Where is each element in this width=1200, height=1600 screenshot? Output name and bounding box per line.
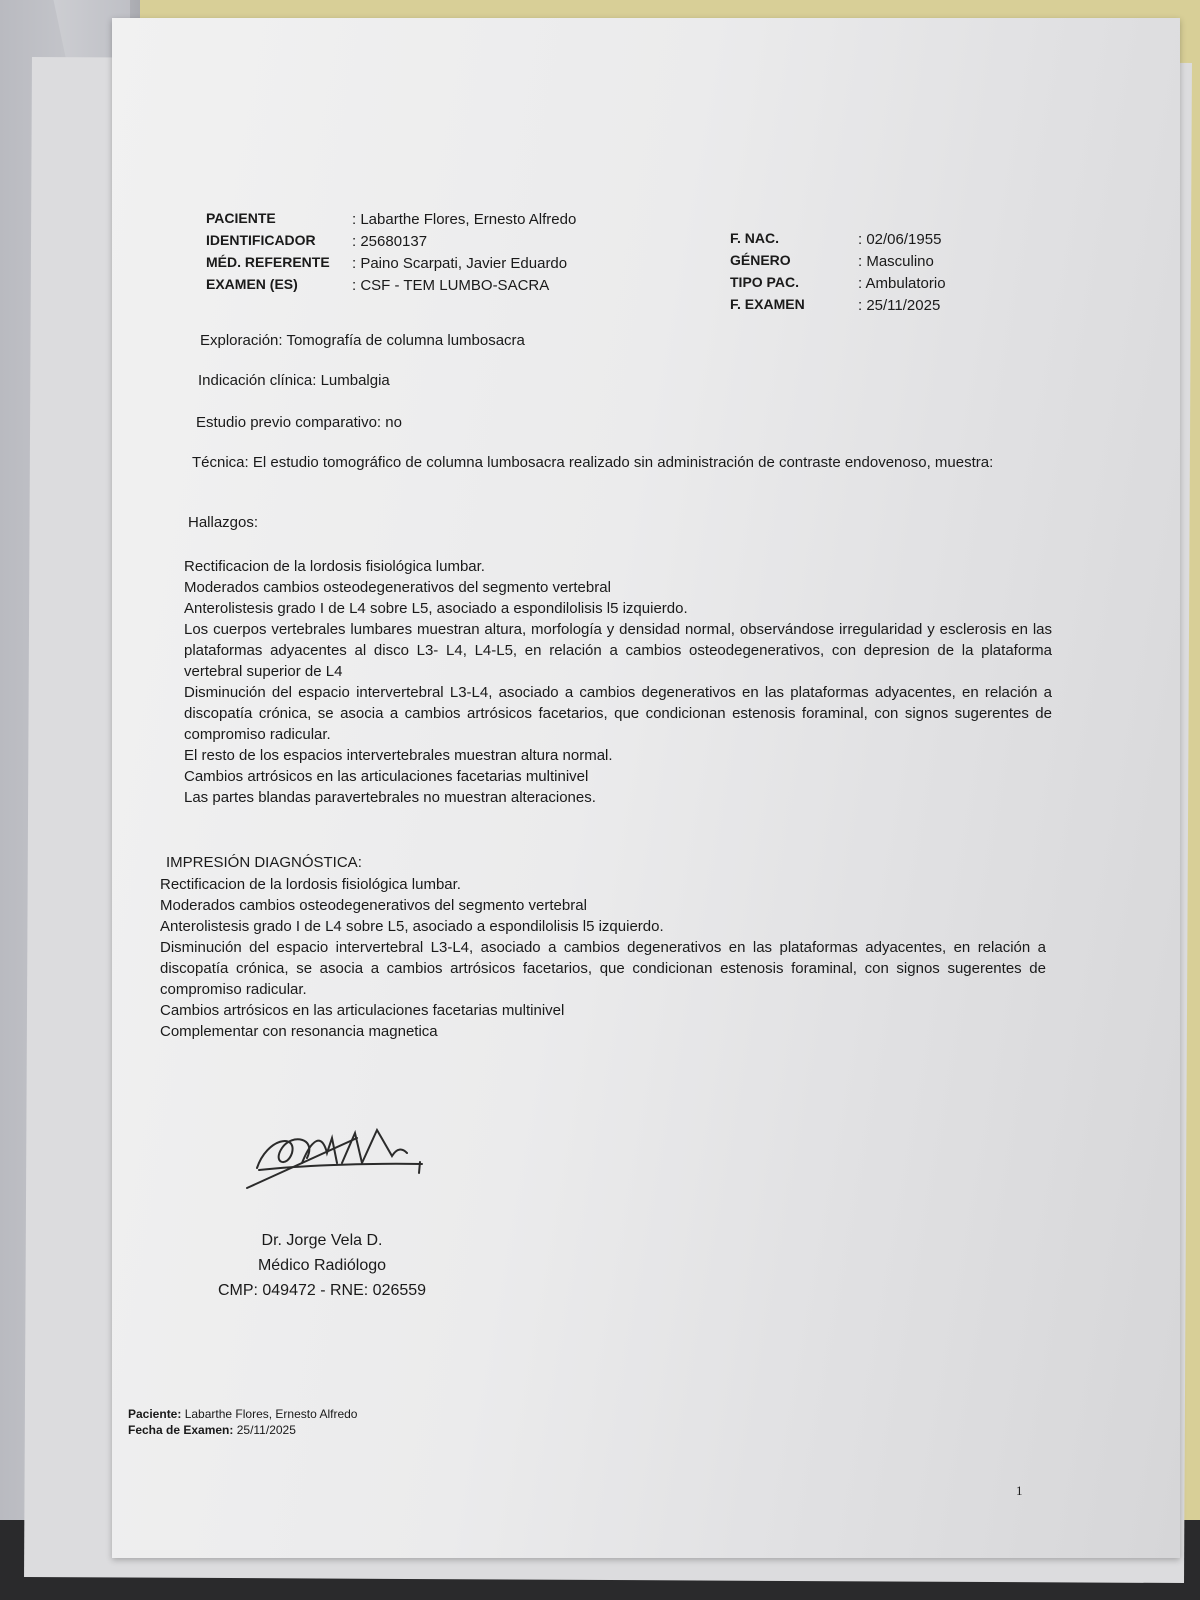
technique-paragraph: Técnica: El estudio tomográfico de colum…	[192, 452, 1054, 473]
patient-header-left: PACIENTE : Labarthe Flores, Ernesto Alfr…	[206, 208, 576, 296]
header-label: F. EXAMEN	[730, 295, 858, 315]
diagnostic-impression-title: IMPRESIÓN DIAGNÓSTICA:	[166, 852, 362, 873]
footer-patient-row: Paciente: Labarthe Flores, Ernesto Alfre…	[128, 1406, 357, 1422]
header-row-identifier: IDENTIFICADOR : 25680137	[206, 230, 576, 252]
header-row-exam-date: F. EXAMEN : 25/11/2025	[730, 294, 946, 316]
footer-date-value: 25/11/2025	[237, 1423, 296, 1437]
header-value: : 25/11/2025	[858, 295, 940, 316]
impression-item: Moderados cambios osteodegenerativos del…	[160, 895, 1046, 916]
report-page: PACIENTE : Labarthe Flores, Ernesto Alfr…	[112, 18, 1180, 1558]
impression-item: Cambios artrósicos en las articulaciones…	[160, 1000, 1046, 1021]
signing-physician: Dr. Jorge Vela D. Médico Radiólogo CMP: …	[207, 1228, 437, 1303]
finding-item: Las partes blandas paravertebrales no mu…	[184, 787, 1052, 808]
patient-header-right: F. NAC. : 02/06/1955 GÉNERO : Masculino …	[730, 228, 946, 316]
footer-patient-label: Paciente:	[128, 1407, 181, 1421]
finding-item: El resto de los espacios intervertebrale…	[184, 745, 1052, 766]
findings-list: Rectificacion de la lordosis fisiológica…	[184, 556, 1052, 808]
impression-item: Disminución del espacio intervertebral L…	[160, 937, 1046, 1000]
footer-date-row: Fecha de Examen: 25/11/2025	[128, 1422, 357, 1438]
finding-item: Anterolistesis grado I de L4 sobre L5, a…	[184, 598, 1052, 619]
page-number: 1	[1016, 1482, 1023, 1500]
header-row-referring-doctor: MÉD. REFERENTE : Paino Scarpati, Javier …	[206, 252, 576, 274]
handwritten-signature	[237, 1118, 437, 1208]
header-row-patient: PACIENTE : Labarthe Flores, Ernesto Alfr…	[206, 208, 576, 230]
header-label: EXAMEN (ES)	[206, 275, 352, 295]
header-row-exam: EXAMEN (ES) : CSF - TEM LUMBO-SACRA	[206, 274, 576, 296]
footer-date-label: Fecha de Examen:	[128, 1423, 233, 1437]
header-row-gender: GÉNERO : Masculino	[730, 250, 946, 272]
header-label: MÉD. REFERENTE	[206, 253, 352, 273]
prior-study-line: Estudio previo comparativo: no	[196, 412, 402, 433]
finding-item: Los cuerpos vertebrales lumbares muestra…	[184, 619, 1052, 682]
header-value: : Ambulatorio	[858, 273, 946, 294]
physician-registry: CMP: 049472 - RNE: 026559	[207, 1278, 437, 1303]
physician-title: Médico Radiólogo	[207, 1253, 437, 1278]
findings-title: Hallazgos:	[188, 512, 258, 533]
diagnostic-impression-list: Rectificacion de la lordosis fisiológica…	[160, 874, 1046, 1042]
finding-item: Moderados cambios osteodegenerativos del…	[184, 577, 1052, 598]
exploration-line: Exploración: Tomografía de columna lumbo…	[200, 330, 525, 351]
impression-item: Complementar con resonancia magnetica	[160, 1021, 1046, 1042]
page-footer: Paciente: Labarthe Flores, Ernesto Alfre…	[128, 1406, 357, 1438]
header-label: TIPO PAC.	[730, 273, 858, 293]
header-row-birth-date: F. NAC. : 02/06/1955	[730, 228, 946, 250]
header-value: : 25680137	[352, 231, 427, 252]
footer-patient-value: Labarthe Flores, Ernesto Alfredo	[185, 1407, 358, 1421]
finding-item: Rectificacion de la lordosis fisiológica…	[184, 556, 1052, 577]
finding-item: Disminución del espacio intervertebral L…	[184, 682, 1052, 745]
header-value: : Masculino	[858, 251, 934, 272]
finding-item: Cambios artrósicos en las articulaciones…	[184, 766, 1052, 787]
header-value: : CSF - TEM LUMBO-SACRA	[352, 275, 549, 296]
header-label: IDENTIFICADOR	[206, 231, 352, 251]
impression-item: Rectificacion de la lordosis fisiológica…	[160, 874, 1046, 895]
header-label: GÉNERO	[730, 251, 858, 271]
header-label: PACIENTE	[206, 209, 352, 229]
impression-item: Anterolistesis grado I de L4 sobre L5, a…	[160, 916, 1046, 937]
header-label: F. NAC.	[730, 229, 858, 249]
header-value: : Paino Scarpati, Javier Eduardo	[352, 253, 567, 274]
header-value: : 02/06/1955	[858, 229, 941, 250]
radiology-report: PACIENTE : Labarthe Flores, Ernesto Alfr…	[112, 18, 1180, 1558]
physician-name: Dr. Jorge Vela D.	[207, 1228, 437, 1253]
technique-text: Técnica: El estudio tomográfico de colum…	[192, 452, 1054, 473]
header-value: : Labarthe Flores, Ernesto Alfredo	[352, 209, 576, 230]
header-row-patient-type: TIPO PAC. : Ambulatorio	[730, 272, 946, 294]
clinical-indication-line: Indicación clínica: Lumbalgia	[198, 370, 390, 391]
